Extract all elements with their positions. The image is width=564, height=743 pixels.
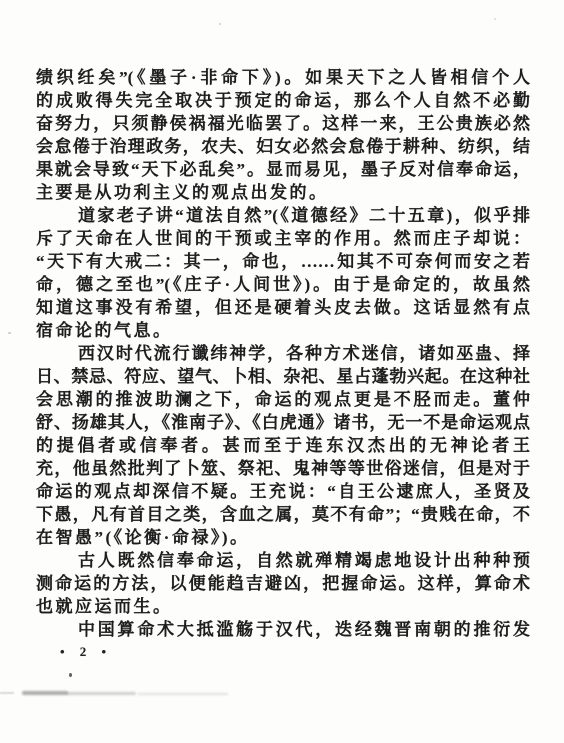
scan-artifact-smudge — [22, 691, 68, 695]
text-line: 会怠倦于治理政务，农夫、妇女必然会怠倦于耕种、纺织，结 — [36, 135, 530, 158]
text-line: 日、禁忌、符应、望气、卜相、杂祀、星占蓬勃兴起。在这种社 — [36, 365, 530, 388]
text-line: 的成败得失完全取决于预定的命运，那么个人自然不必勤 — [36, 89, 530, 112]
text-line: 知道这事没有希望，但还是硬着头皮去做。这话显然有点 — [36, 296, 530, 319]
text-line: 绩织纴矣”(《墨子·非命下》)。如果天下之人皆相信个人 — [36, 66, 530, 89]
scan-artifact-speck — [8, 332, 11, 334]
text-line: 会思潮的推波助澜之下，命运的观点更是不胫而走。董仲 — [36, 388, 530, 411]
text-line: 下愚，凡有首目之类，含血之属，莫不有命”；“贵贱在命，不 — [36, 503, 530, 526]
text-block: 绩织纴矣”(《墨子·非命下》)。如果天下之人皆相信个人的成败得失完全取决于预定的… — [36, 66, 530, 641]
text-line: 主要是从功利主义的观点出发的。 — [36, 181, 530, 204]
text-line: 命，德之至也”(《庄子·人间世》)。由于是命定的，故虽然 — [36, 273, 530, 296]
text-line: 也就应运而生。 — [36, 595, 530, 618]
text-line: 在智愚”(《论衡·命禄》)。 — [36, 526, 530, 549]
text-line: 古人既然信奉命运，自然就殚精竭虑地设计出种种预 — [36, 549, 530, 572]
text-line: 的提倡者或信奉者。甚而至于连东汉杰出的无神论者王 — [36, 434, 530, 457]
text-line: 西汉时代流行谶纬神学，各种方术迷信，诸如巫蛊、择 — [36, 342, 530, 365]
text-line: 果就会导致“天下必乱矣”。显而易见，墨子反对信奉命运， — [36, 158, 530, 181]
text-line: 测命运的方法，以便能趋吉避凶，把握命运。这样，算命术 — [36, 572, 530, 595]
scan-artifact-smudge — [0, 692, 14, 694]
text-line: 宿命论的气息。 — [36, 319, 530, 342]
scan-artifact-smudge — [66, 692, 136, 695]
text-line: 充，他虽然批判了卜筮、祭祀、鬼神等等世俗迷信，但是对于 — [36, 457, 530, 480]
text-line: “天下有大戒二：其一，命也，……知其不可奈何而安之若 — [36, 250, 530, 273]
text-line: 道家老子讲“道法自然”(《道德经》二十五章)，似乎排 — [36, 204, 530, 227]
text-line: 斥了天命在人世间的干预或主宰的作用。然而庄子却说： — [36, 227, 530, 250]
scan-artifact-speck — [494, 18, 496, 20]
scan-artifact-smudge — [138, 693, 228, 695]
scan-artifact-speck — [69, 673, 72, 677]
text-line: 奋努力，只须静侯祸福光临罢了。这样一来，王公贵族必然 — [36, 112, 530, 135]
text-line: 舒、扬雄其人，《淮南子》、《白虎通》诸书，无一不是命运观点 — [36, 411, 530, 434]
scan-artifact-speck — [219, 23, 221, 25]
text-line: 命运的观点却深信不疑。王充说：“自王公逮庶人，圣贤及 — [36, 480, 530, 503]
text-line: 中国算命术大抵滥觞于汉代，迭经魏晋南朝的推衍发 — [36, 618, 530, 641]
page-number: • 2 • — [60, 644, 112, 660]
book-page: 绩织纴矣”(《墨子·非命下》)。如果天下之人皆相信个人的成败得失完全取决于预定的… — [0, 0, 564, 743]
